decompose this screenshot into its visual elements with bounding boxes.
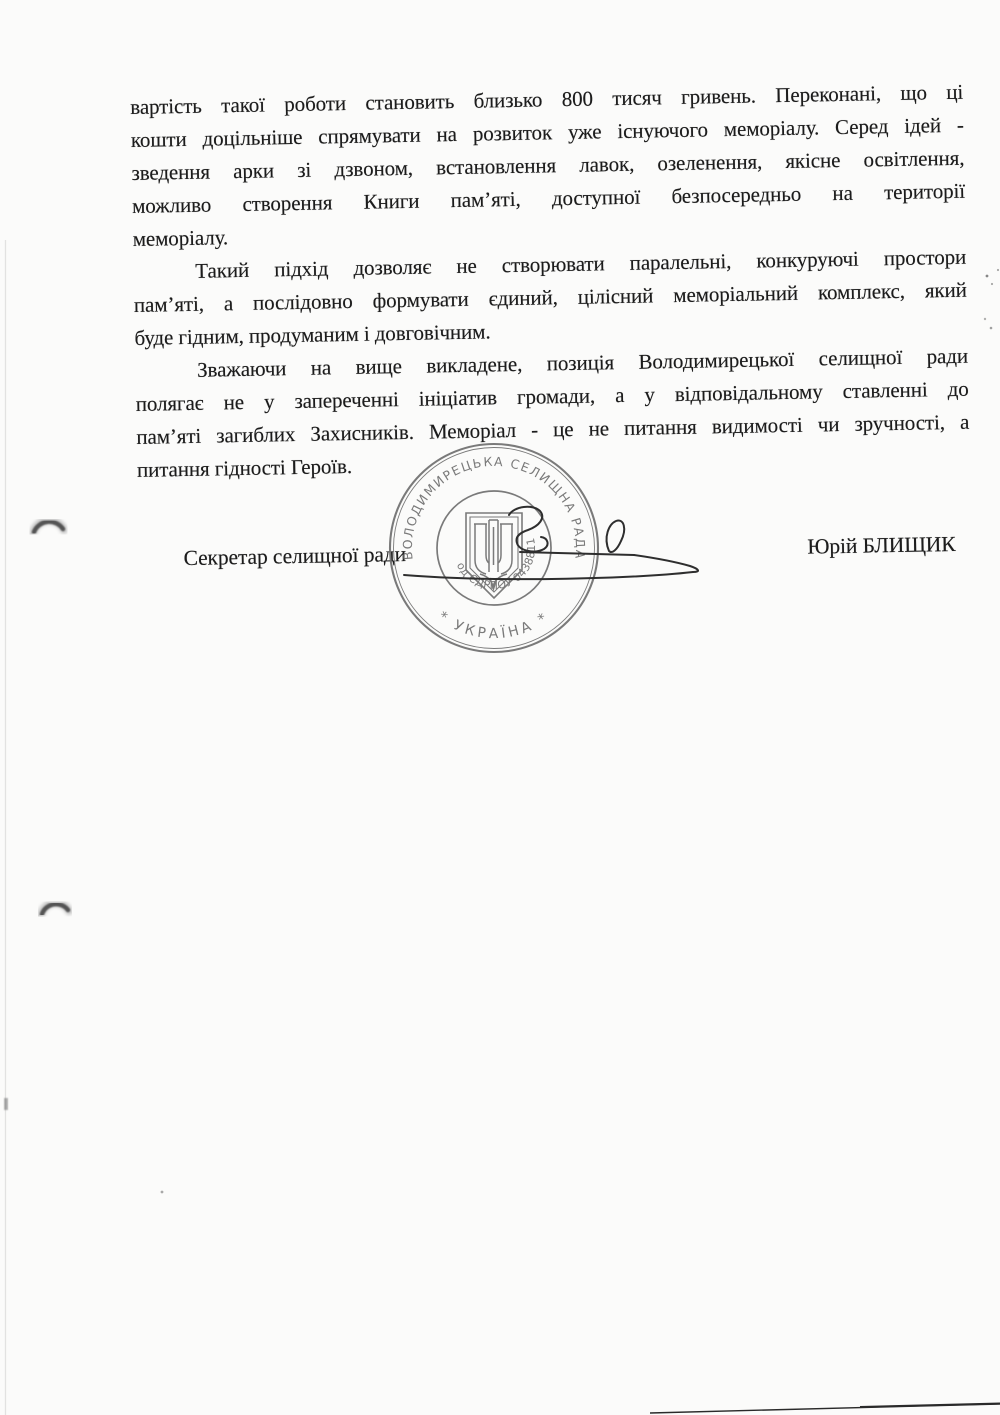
scanner-streak <box>4 240 8 1415</box>
signer-name: Юрій БЛИЩИК <box>807 528 956 564</box>
stamp-ring-text-bottom: * УКРАЇНА * <box>435 608 553 642</box>
hole-punch-mark <box>41 903 69 915</box>
hole-punch-mark <box>33 520 64 533</box>
signer-title: Секретар селищної ради <box>183 538 406 575</box>
scanned-document-page: вартість такої роботи становить близько … <box>0 0 1000 1415</box>
signature-ink <box>385 495 715 605</box>
page-edge-line <box>650 1404 1000 1414</box>
